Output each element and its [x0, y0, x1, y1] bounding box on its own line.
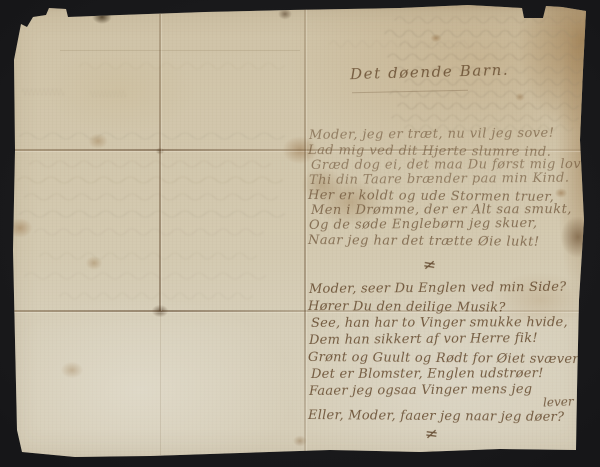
photo-background: Det døende Barn. Moder, jeg er træt, nu … — [0, 0, 600, 467]
poem-line: Moder, jeg er træt, nu vil jeg sove! — [309, 126, 591, 143]
fold-crease-faint — [60, 50, 300, 51]
fold-crease-vertical-left — [159, 14, 161, 311]
interlinear-word: lever — [543, 394, 574, 409]
poem-line: Og de søde Englebørn jeg skuer, — [309, 216, 591, 233]
poem-line: Eller, Moder, faaer jeg naar jeg døer? — [308, 407, 590, 426]
fold-crease-vertical-left-faint — [160, 311, 161, 455]
poem-title: Det døende Barn. — [350, 61, 510, 83]
poem-line: Thi din Taare brænder paa min Kind. — [309, 171, 591, 188]
poem-line: Moder, seer Du Englen ved min Side? — [309, 279, 591, 298]
poem-line: Dem han sikkert af vor Herre fik! — [309, 330, 591, 349]
title-underline — [352, 90, 468, 93]
stanza-divider: ≠ — [422, 254, 438, 275]
poem-line: Naar jeg har det trætte Øie lukt! — [308, 233, 590, 250]
stanza-divider: ≠ — [424, 423, 440, 443]
manuscript-paper: Det døende Barn. Moder, jeg er træt, nu … — [0, 0, 600, 467]
fold-crease-vertical-center — [304, 6, 306, 455]
stanza-1: Moder, jeg er træt, nu vil jeg sove! Lad… — [308, 128, 590, 248]
